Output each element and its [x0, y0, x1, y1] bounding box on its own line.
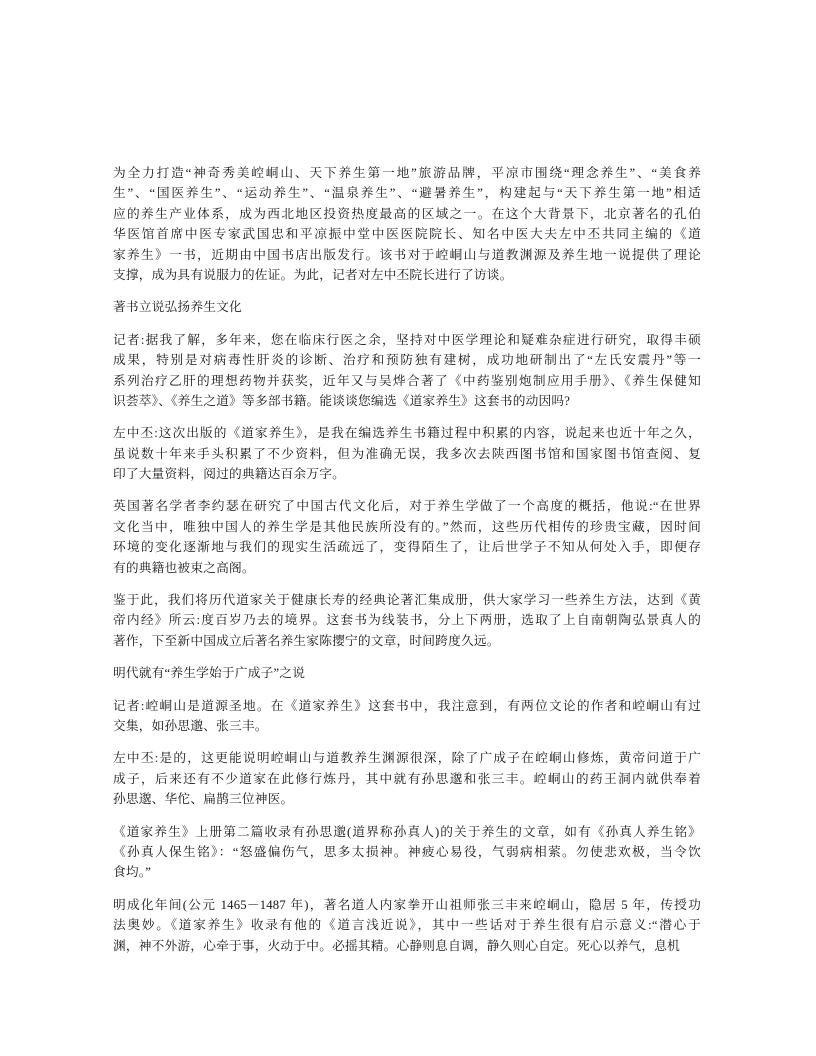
text-line: 明代就有“养生学始于广成子”之说 [113, 663, 701, 683]
text-line: 有的典籍也被束之高阁。 [113, 558, 701, 578]
text-line: 应的养生产业体系，成为西北地区投资热度最高的区域之一。在这个大背景下，北京著名的… [113, 204, 701, 224]
document-page: 为全力打造“神奇秀美崆峒山、天下养生第一地”旅游品牌，平凉市围绕“理念养生”、“… [0, 0, 816, 1056]
text-line: 著书立说弘扬养生文化 [113, 297, 701, 317]
text-line: 成果，特别是对病毒性肝炎的诊断、治疗和预防独有建树，成功地研制出了“左氏安震丹”… [113, 350, 701, 370]
text-line: 记者:崆峒山是道源圣地。在《道家养生》这套书中，我注意到，有两位文论的作者和崆峒… [113, 696, 701, 716]
text-line: 法奥妙。《道家养生》收录有他的《道言浅近说》，其中一些话对于养生很有启示意义:“… [113, 915, 701, 935]
text-line: 成子，后来还有不少道家在此修行炼丹，其中就有孙思邈和张三丰。崆峒山的药王洞内就供… [113, 769, 701, 789]
text-line: 印了大量资料，阅过的典籍达百余万字。 [113, 464, 701, 484]
text-line: 系列治疗乙肝的理想药物并获奖，近年又与吴烨合著了《中药鉴别炮制应用手册》、《养生… [113, 371, 701, 391]
text-line: 华医馆首席中医专家武国忠和平凉振中堂中医医院院长、知名中医大夫左中丕共同主编的《… [113, 224, 701, 244]
document-content: 为全力打造“神奇秀美崆峒山、天下养生第一地”旅游品牌，平凉市围绕“理念养生”、“… [113, 163, 701, 956]
text-line: 虽说数十年来手头积累了不少资料，但为准确无误，我多次去陕西图书馆和国家图书馆查阅… [113, 444, 701, 464]
text-line: 记者:据我了解，多年来，您在临床行医之余，坚持对中医学理论和疑难杂症进行研究，取… [113, 330, 701, 350]
text-line: 食均。” [113, 862, 701, 882]
text-line: 著作，下至新中国成立后著名养生家陈撄宁的文章，时间跨度久远。 [113, 631, 701, 651]
text-line: 识荟萃》、《养生之道》等多部书籍。能谈谈您编选《道家养生》这套书的动因吗? [113, 391, 701, 411]
text-line: 交集，如孙思邈、张三丰。 [113, 716, 701, 736]
text-line: 左中丕:是的，这更能说明崆峒山与道教养生渊源很深，除了广成子在崆峒山修炼，黄帝问… [113, 748, 701, 768]
text-line: 《孙真人保生铭》：“怒盛偏伤气，思多太损神。神疲心易役，气弱病相萦。勿使悲欢极，… [113, 842, 701, 862]
text-line: 鉴于此，我们将历代道家关于健康长寿的经典论著汇集成册，供大家学习一些养生方法，达… [113, 590, 701, 610]
section-heading: 明代就有“养生学始于广成子”之说 [113, 663, 701, 683]
section-heading: 著书立说弘扬养生文化 [113, 297, 701, 317]
paragraph: 鉴于此，我们将历代道家关于健康长寿的经典论著汇集成册，供大家学习一些养生方法，达… [113, 590, 701, 651]
paragraph: 记者:崆峒山是道源圣地。在《道家养生》这套书中，我注意到，有两位文论的作者和崆峒… [113, 696, 701, 737]
text-line: 《道家养生》上册第二篇收录有孙思邈(道界称孙真人)的关于养生的文章，如有《孙真人… [113, 822, 701, 842]
paragraph: 为全力打造“神奇秀美崆峒山、天下养生第一地”旅游品牌，平凉市围绕“理念养生”、“… [113, 163, 701, 285]
paragraph: 记者:据我了解，多年来，您在临床行医之余，坚持对中医学理论和疑难杂症进行研究，取… [113, 330, 701, 412]
paragraph: 《道家养生》上册第二篇收录有孙思邈(道界称孙真人)的关于养生的文章，如有《孙真人… [113, 822, 701, 883]
paragraph: 英国著名学者李约瑟在研究了中国古代文化后，对于养生学做了一个高度的概括，他说:“… [113, 496, 701, 578]
text-line: 渊，神不外游，心牵于事，火动于中。必摇其精。心静则息自调，静久则心自定。死心以养… [113, 936, 701, 956]
text-line: 帝内经》所云:度百岁乃去的境界。这套书为线装书，分上下两册，选取了上自南朝陶弘景… [113, 610, 701, 630]
paragraph: 明成化年间(公元 1465－1487 年)，著名道人内家拳开山祖师张三丰来崆峒山… [113, 895, 701, 956]
text-line: 环境的变化逐渐地与我们的现实生活疏远了，变得陌生了，让后世学子不知从何处入手，即… [113, 537, 701, 557]
paragraph: 左中丕:这次出版的《道家养生》，是我在编选养生书籍过程中积累的内容，说起来也近十… [113, 423, 701, 484]
text-line: 孙思邈、华佗、扁鹊三位神医。 [113, 789, 701, 809]
text-line: 支撑，成为具有说服力的佐证。为此，记者对左中丕院长进行了访谈。 [113, 265, 701, 285]
text-line: 左中丕:这次出版的《道家养生》，是我在编选养生书籍过程中积累的内容，说起来也近十… [113, 423, 701, 443]
text-line: 为全力打造“神奇秀美崆峒山、天下养生第一地”旅游品牌，平凉市围绕“理念养生”、“… [113, 163, 701, 183]
text-line: 文化当中，唯独中国人的养生学是其他民族所没有的。”然而，这些历代相传的珍贵宝藏，… [113, 517, 701, 537]
paragraph: 左中丕:是的，这更能说明崆峒山与道教养生渊源很深，除了广成子在崆峒山修炼，黄帝问… [113, 748, 701, 809]
text-line: 生”、“国医养生”、“运动养生”、“温泉养生”、“避暑养生”，构建起与“天下养生… [113, 183, 701, 203]
text-line: 英国著名学者李约瑟在研究了中国古代文化后，对于养生学做了一个高度的概括，他说:“… [113, 496, 701, 516]
text-line: 明成化年间(公元 1465－1487 年)，著名道人内家拳开山祖师张三丰来崆峒山… [113, 895, 701, 915]
text-line: 家养生》一书，近期由中国书店出版发行。该书对于崆峒山与道教渊源及养生地一说提供了… [113, 245, 701, 265]
